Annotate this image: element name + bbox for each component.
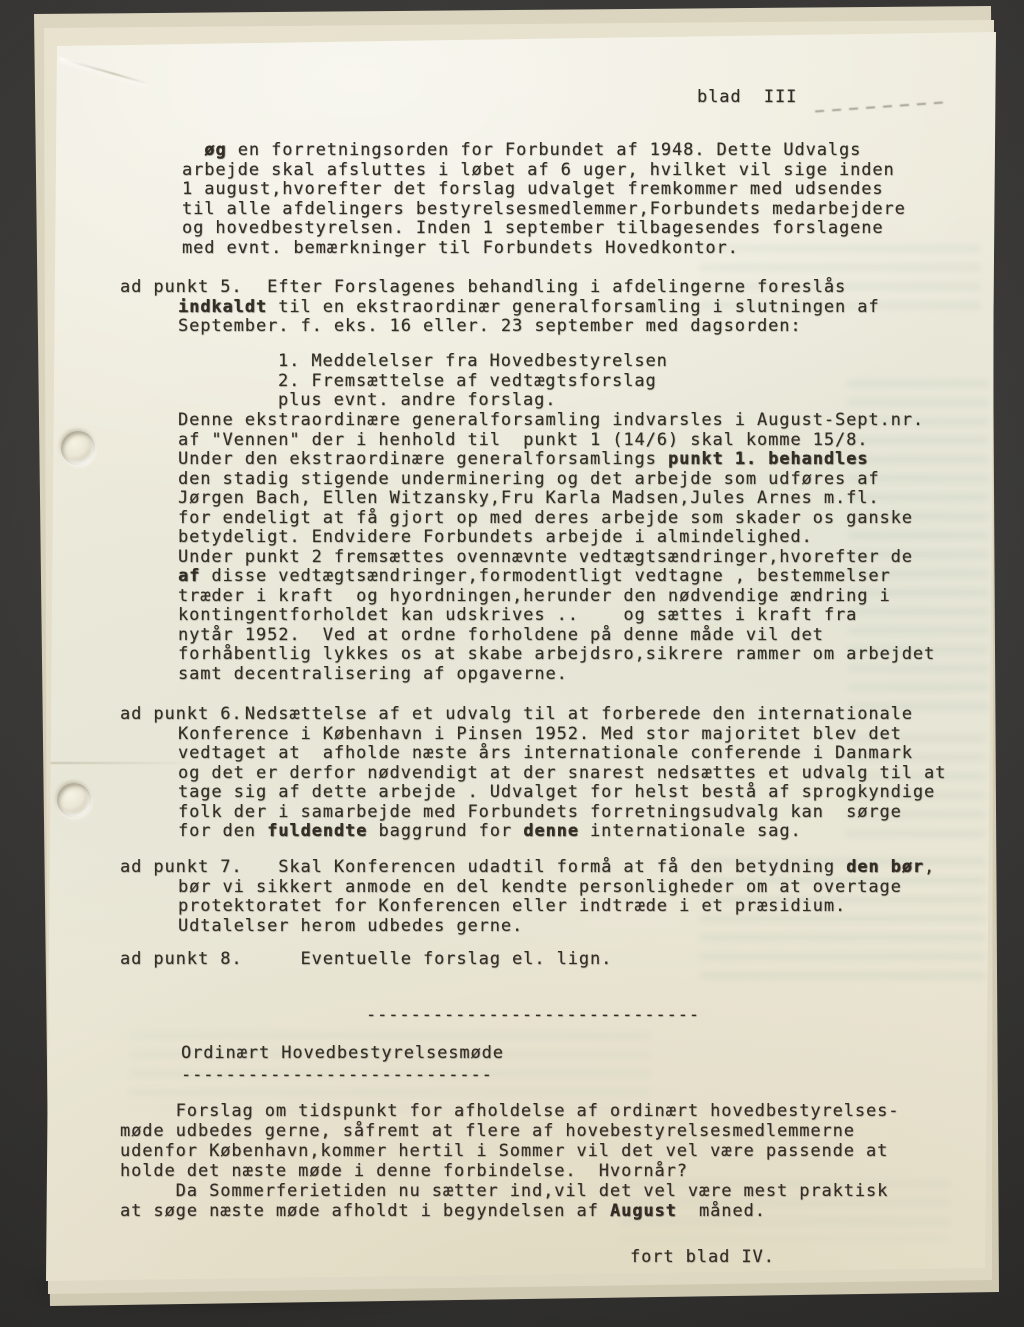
meeting-paragraph: Forslag om tidspunkt for afholdelse af o… <box>120 1101 899 1221</box>
punkt-5-body: Denne ekstraordinære generalforsamling i… <box>178 411 935 684</box>
punch-hole-bottom <box>57 783 91 817</box>
punkt-7-body: Skal Konferencen udadtil formå at få den… <box>178 858 935 936</box>
meeting-title-underline: ---------------------------- <box>181 1066 493 1086</box>
punkt-8-body: Eventuelle forslag el. lign. <box>178 950 612 970</box>
fold-crease <box>42 762 192 764</box>
punch-hole-top <box>61 431 95 465</box>
punkt-5-agenda-list: 1. Meddelelser fra Hovedbestyrelsen 2. F… <box>278 352 668 411</box>
corner-crease <box>60 57 149 84</box>
pencil-scribble <box>815 102 943 113</box>
punkt-6-body: Nedsættelse af et udvalg til at forbered… <box>178 705 946 842</box>
meeting-section-title: Ordinært Hovedbestyrelsesmøde <box>181 1044 504 1064</box>
divider-line: ------------------------------ <box>366 1006 700 1026</box>
punkt-5-opening: Efter Forslagenes behandling i afdelinge… <box>178 278 880 337</box>
continuation-note: fort blad IV. <box>630 1248 775 1268</box>
page-number: blad III <box>697 88 797 108</box>
intro-paragraph: øg en forretningsorden for Forbundet af … <box>182 141 906 258</box>
scanned-document-background: blad III øg en forretningsorden for Forb… <box>0 0 1024 1327</box>
